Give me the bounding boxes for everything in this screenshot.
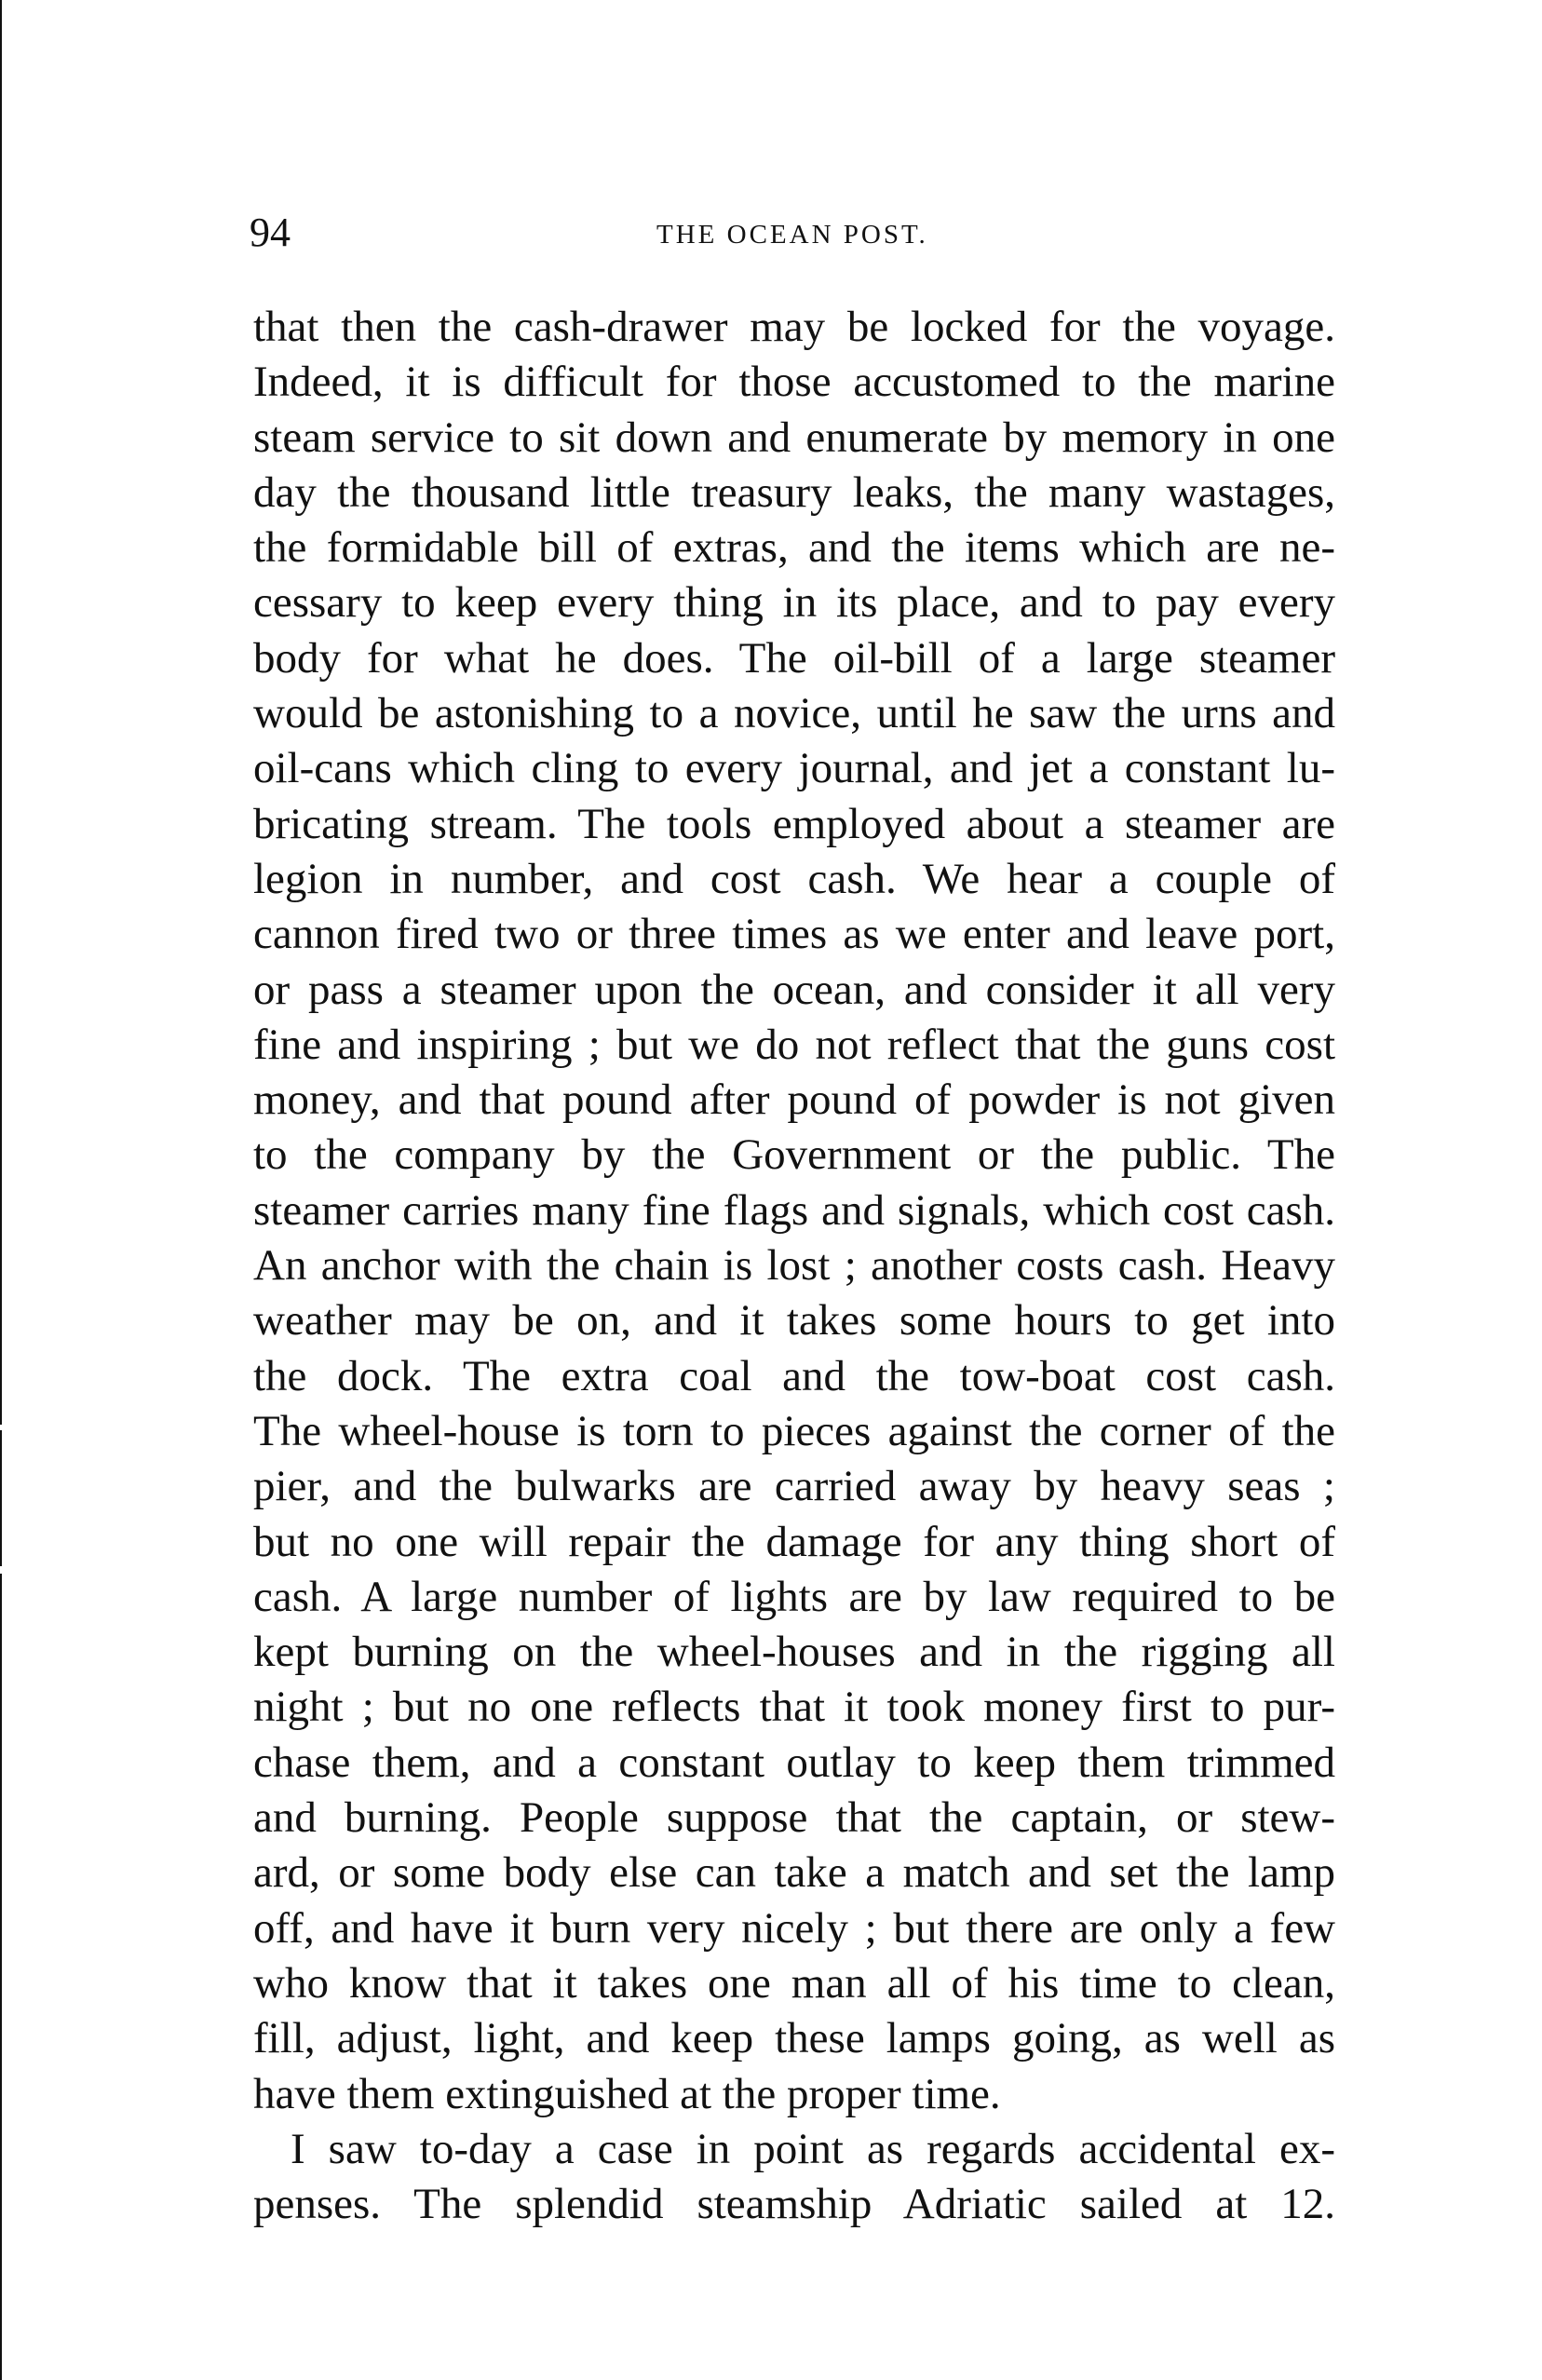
text-line: cash. A large number of lights are by la… — [253, 1570, 1335, 1625]
text-line: bricating stream. The tools employed abo… — [253, 797, 1335, 852]
text-line: off, and have it burn very nicely ; but … — [253, 1901, 1335, 1956]
body-text: that then the cash-drawer may be locked … — [253, 300, 1335, 2232]
text-line: penses. The splendid steamship Adriatic … — [253, 2177, 1335, 2232]
text-line: to the company by the Government or the … — [253, 1128, 1335, 1183]
text-line: oil-cans which cling to every journal, a… — [253, 741, 1335, 796]
page-edge-gap — [0, 1566, 3, 1574]
text-line: ard, or some body else can take a match … — [253, 1846, 1335, 1900]
text-line: steamer carries many fine flags and sign… — [253, 1183, 1335, 1238]
text-line: The wheel-house is torn to pieces agains… — [253, 1404, 1335, 1459]
text-line: cessary to keep every thing in its place… — [253, 575, 1335, 630]
text-line: weather may be on, and it takes some hou… — [253, 1293, 1335, 1348]
text-line: day the thousand little treasury leaks, … — [253, 466, 1335, 521]
page-number: 94 — [250, 212, 291, 253]
text-line: the dock. The extra coal and the tow-boa… — [253, 1349, 1335, 1404]
text-line: legion in number, and cost cash. We hear… — [253, 852, 1335, 907]
text-line: who know that it takes one man all of hi… — [253, 1956, 1335, 2011]
text-line: fine and inspiring ; but we do not refle… — [253, 1018, 1335, 1073]
text-line: fill, adjust, light, and keep these lamp… — [253, 2011, 1335, 2066]
text-line: steam service to sit down and enumerate … — [253, 411, 1335, 466]
page-edge-rule — [0, 0, 2, 2380]
text-line: night ; but no one reflects that it took… — [253, 1680, 1335, 1735]
text-line: cannon fired two or three times as we en… — [253, 907, 1335, 962]
text-line: kept burning on the wheel-houses and in … — [253, 1625, 1335, 1680]
text-line: and burning. People suppose that the cap… — [253, 1791, 1335, 1846]
text-line: Indeed, it is difficult for those accust… — [253, 355, 1335, 410]
text-line: that then the cash-drawer may be locked … — [253, 300, 1335, 355]
text-line: the formidable bill of extras, and the i… — [253, 521, 1335, 575]
text-line: money, and that pound after pound of pow… — [253, 1073, 1335, 1128]
text-line: would be astonishing to a novice, until … — [253, 686, 1335, 741]
text-line: or pass a steamer upon the ocean, and co… — [253, 963, 1335, 1018]
text-line: but no one will repair the damage for an… — [253, 1515, 1335, 1570]
paragraph-end-line: have them extinguished at the proper tim… — [253, 2067, 1335, 2122]
text-line: chase them, and a constant outlay to kee… — [253, 1736, 1335, 1791]
text-line: An anchor with the chain is lost ; anoth… — [253, 1238, 1335, 1293]
paragraph-start-line: I saw to-day a case in point as regards … — [253, 2122, 1335, 2177]
running-head: THE OCEAN POST. — [656, 220, 964, 250]
text-line: pier, and the bulwarks are carried away … — [253, 1459, 1335, 1514]
text-line: body for what he does. The oil-bill of a… — [253, 631, 1335, 686]
page-edge-gap — [0, 1425, 3, 1430]
